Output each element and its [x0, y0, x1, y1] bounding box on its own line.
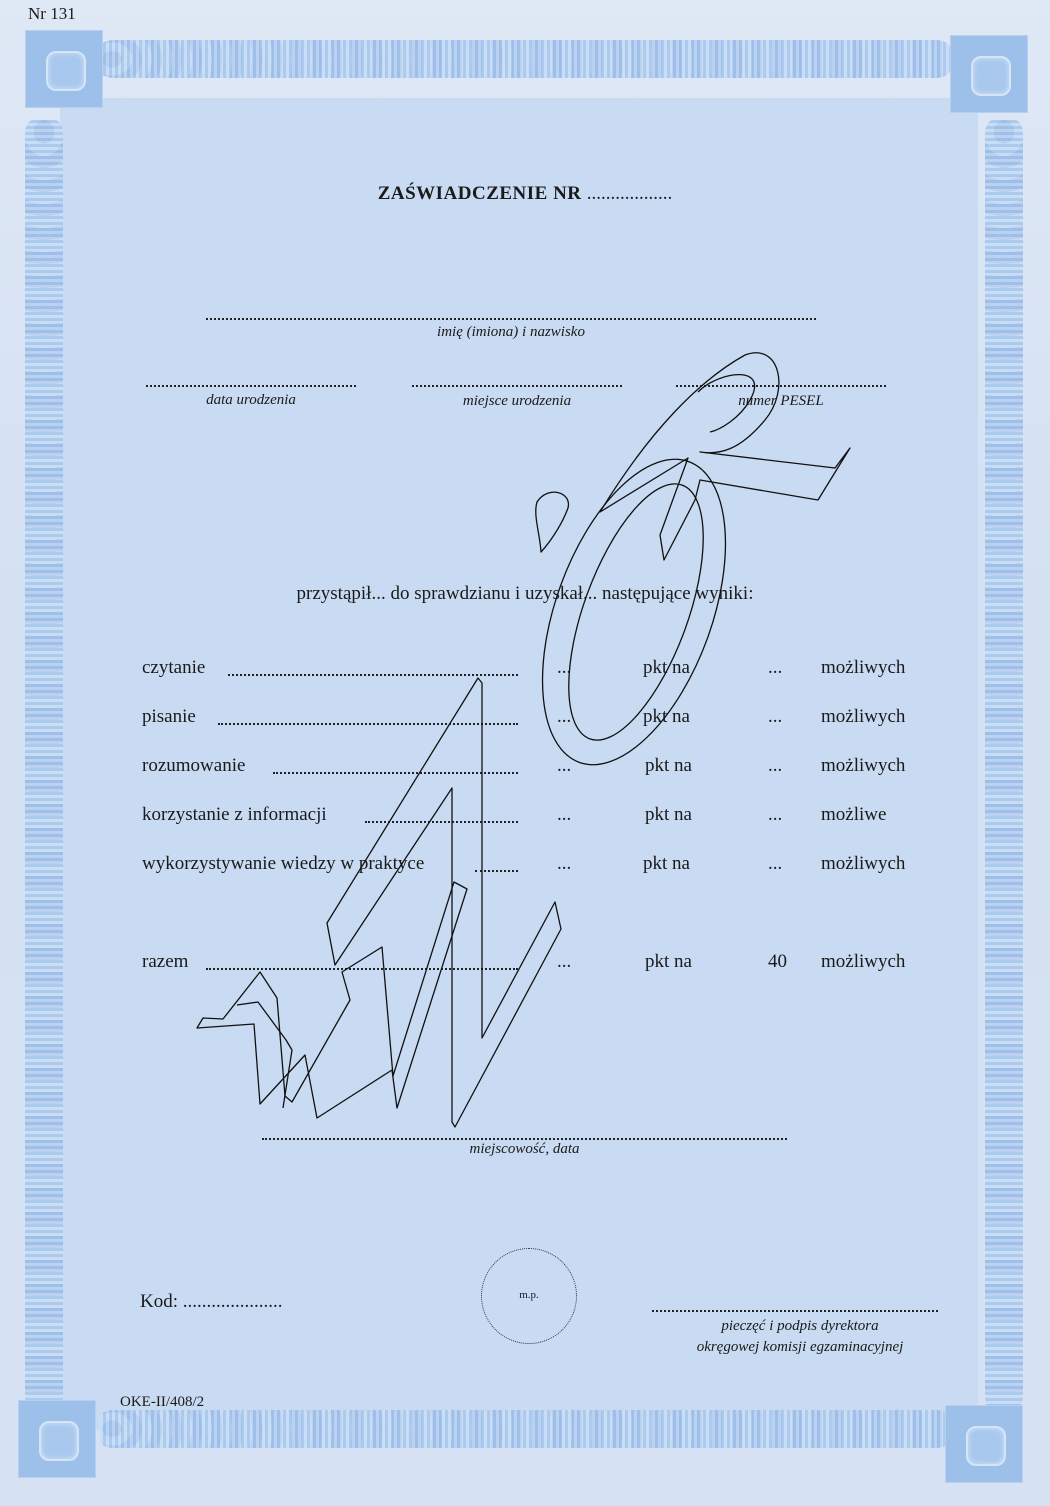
max-points: 40 — [768, 951, 787, 973]
score-field[interactable]: ... — [557, 853, 571, 875]
possible-label: możliwych — [821, 755, 905, 777]
subject-name: razem — [142, 951, 188, 973]
result-row: korzystanie z informacji...pkt na...możl… — [0, 804, 1050, 828]
place-date-label: miejscowość, data — [262, 1141, 787, 1158]
birth-place-field[interactable] — [412, 385, 622, 387]
guilloche-border-bottom — [100, 1410, 950, 1448]
subject-name: pisanie — [142, 706, 196, 728]
stamp-circle: m.p. — [481, 1248, 577, 1344]
corner-ornament-icon — [945, 1405, 1023, 1483]
birth-place-label: miejsce urodzenia — [412, 393, 622, 410]
total-row: razem...pkt na40możliwych — [0, 951, 1050, 975]
corner-ornament-icon — [25, 30, 103, 108]
points-label: pkt na — [643, 657, 690, 679]
signature-label-line1: pieczęć i podpis dyrektora — [640, 1316, 960, 1337]
intro-text: przystąpił... do sprawdzianu i uzyskał..… — [0, 583, 1050, 605]
result-row: wykorzystywanie wiedzy w praktyce...pkt … — [0, 853, 1050, 877]
possible-label: możliwych — [821, 853, 905, 875]
max-points: ... — [768, 706, 782, 728]
code-label: Kod: — [140, 1291, 178, 1312]
corner-ornament-icon — [950, 35, 1028, 113]
score-field[interactable]: ... — [557, 951, 571, 973]
code-field: Kod: ..................... — [140, 1291, 283, 1313]
max-points: ... — [768, 657, 782, 679]
certificate-number-field[interactable]: .................. — [587, 183, 673, 204]
possible-label: możliwe — [821, 804, 886, 826]
form-code: OKE-II/408/2 — [120, 1394, 204, 1411]
max-points: ... — [768, 755, 782, 777]
signature-field[interactable] — [652, 1310, 938, 1312]
birth-date-field[interactable] — [146, 385, 356, 387]
points-label: pkt na — [643, 706, 690, 728]
points-label: pkt na — [643, 853, 690, 875]
result-row: czytanie...pkt na...możliwych — [0, 657, 1050, 681]
pesel-field[interactable] — [676, 385, 886, 387]
subject-name: rozumowanie — [142, 755, 245, 777]
corner-ornament-icon — [18, 1400, 96, 1478]
signature-label-line2: okręgowej komisji egzaminacyjnej — [640, 1337, 960, 1358]
full-name-label: imię (imiona) i nazwisko — [206, 324, 816, 341]
points-label: pkt na — [645, 951, 692, 973]
score-field[interactable]: ... — [557, 706, 571, 728]
result-row: pisanie...pkt na...możliwych — [0, 706, 1050, 730]
possible-label: możliwych — [821, 951, 905, 973]
code-blank[interactable]: ..................... — [183, 1291, 283, 1312]
serial-number: Nr 131 — [28, 4, 76, 24]
subject-detail-field[interactable] — [218, 723, 518, 725]
subject-detail-field[interactable] — [475, 870, 518, 872]
subject-detail-field[interactable] — [365, 821, 518, 823]
possible-label: możliwych — [821, 706, 905, 728]
points-label: pkt na — [645, 755, 692, 777]
subject-name: korzystanie z informacji — [142, 804, 327, 826]
stamp-label: m.p. — [482, 1289, 576, 1301]
points-label: pkt na — [645, 804, 692, 826]
score-field[interactable]: ... — [557, 755, 571, 777]
score-field[interactable]: ... — [557, 804, 571, 826]
birth-date-label: data urodzenia — [146, 392, 356, 409]
guilloche-border-top — [100, 40, 950, 78]
max-points: ... — [768, 804, 782, 826]
subject-name: czytanie — [142, 657, 205, 679]
full-name-field[interactable] — [206, 318, 816, 320]
subject-name: wykorzystywanie wiedzy w praktyce — [142, 853, 424, 875]
possible-label: możliwych — [821, 657, 905, 679]
document-title: ZAŚWIADCZENIE NR .................. — [0, 183, 1050, 205]
result-row: rozumowanie...pkt na...możliwych — [0, 755, 1050, 779]
subject-detail-field[interactable] — [273, 772, 518, 774]
title-text: ZAŚWIADCZENIE NR — [378, 183, 582, 204]
score-field[interactable]: ... — [557, 657, 571, 679]
subject-detail-field[interactable] — [228, 674, 518, 676]
subject-detail-field[interactable] — [206, 968, 518, 970]
place-date-field[interactable] — [262, 1138, 787, 1140]
pesel-label: numer PESEL — [676, 393, 886, 410]
max-points: ... — [768, 853, 782, 875]
signature-label: pieczęć i podpis dyrektora okręgowej kom… — [640, 1316, 960, 1358]
